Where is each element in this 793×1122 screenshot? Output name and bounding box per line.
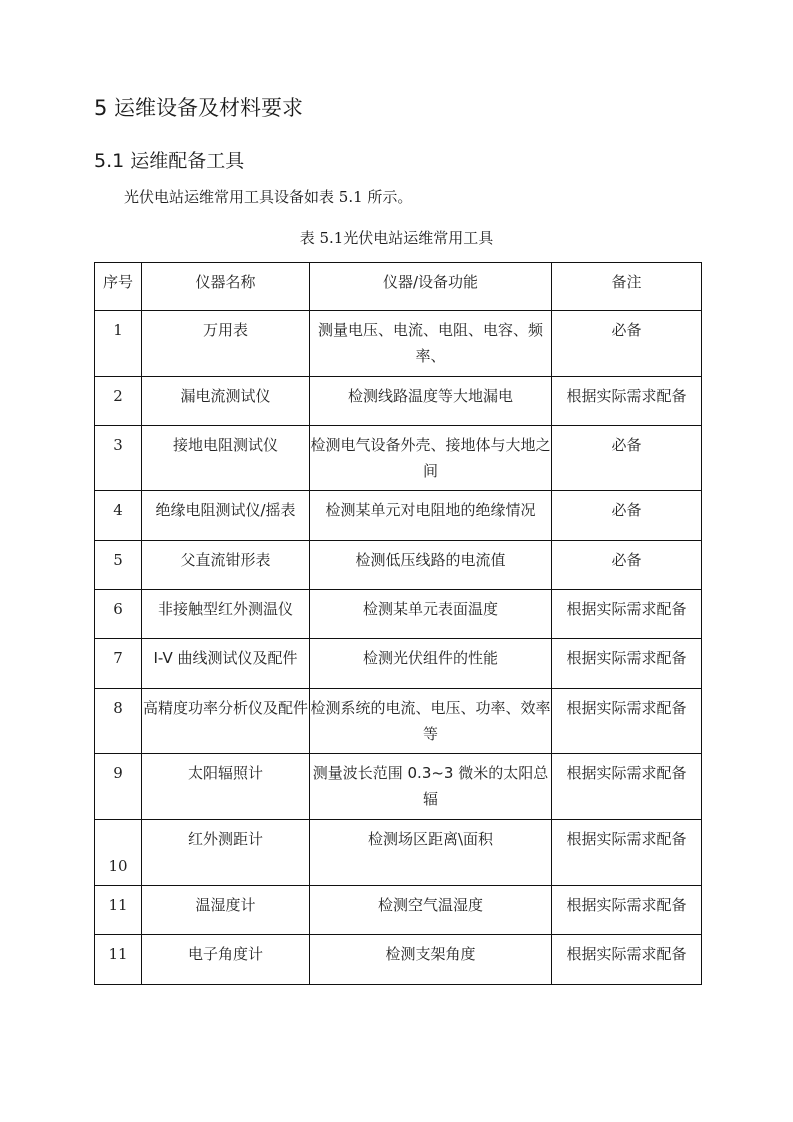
row-name: 电子角度计 bbox=[142, 935, 310, 985]
row-name: 漏电流测试仪 bbox=[142, 377, 310, 426]
row-note: 根据实际需求配备 bbox=[552, 820, 702, 886]
row-name: 太阳辐照计 bbox=[142, 754, 310, 820]
row-note: 必备 bbox=[552, 311, 702, 377]
row-function: 检测低压线路的电流值 bbox=[310, 541, 552, 590]
header-note: 备注 bbox=[552, 263, 702, 311]
row-note: 必备 bbox=[552, 541, 702, 590]
row-note: 根据实际需求配备 bbox=[552, 754, 702, 820]
row-name: 父直流钳形表 bbox=[142, 541, 310, 590]
row-function: 测量波长范围 0.3~3 微米的太阳总辐 bbox=[310, 754, 552, 820]
row-note: 根据实际需求配备 bbox=[552, 689, 702, 754]
table-row: 9 太阳辐照计 测量波长范围 0.3~3 微米的太阳总辐 根据实际需求配备 bbox=[95, 754, 702, 820]
row-name: 绝缘电阻测试仪/摇表 bbox=[142, 491, 310, 541]
table-row: 11 温湿度计 检测空气温湿度 根据实际需求配备 bbox=[95, 886, 702, 935]
row-function: 检测线路温度等大地漏电 bbox=[310, 377, 552, 426]
header-no: 序号 bbox=[95, 263, 142, 311]
row-name: 非接触型红外测温仪 bbox=[142, 590, 310, 639]
table-header-row: 序号 仪器名称 仪器/设备功能 备注 bbox=[95, 263, 702, 311]
table-row: 8 高精度功率分析仪及配件 检测系统的电流、电压、功率、效率等 根据实际需求配备 bbox=[95, 689, 702, 754]
table-caption: 表 5.1光伏电站运维常用工具 bbox=[300, 229, 494, 247]
row-no: 8 bbox=[95, 689, 142, 754]
row-no: 5 bbox=[95, 541, 142, 590]
row-note: 根据实际需求配备 bbox=[552, 639, 702, 689]
row-note: 必备 bbox=[552, 491, 702, 541]
table-row: 4 绝缘电阻测试仪/摇表 检测某单元对电阻地的绝缘情况 必备 bbox=[95, 491, 702, 541]
row-no: 9 bbox=[95, 754, 142, 820]
table-row: 10 红外测距计 检测场区距离\面积 根据实际需求配备 bbox=[95, 820, 702, 886]
row-note: 根据实际需求配备 bbox=[552, 935, 702, 985]
table-row: 2 漏电流测试仪 检测线路温度等大地漏电 根据实际需求配备 bbox=[95, 377, 702, 426]
row-no: 11 bbox=[95, 886, 142, 935]
row-function: 检测某单元表面温度 bbox=[310, 590, 552, 639]
row-no: 2 bbox=[95, 377, 142, 426]
row-no: 3 bbox=[95, 426, 142, 491]
row-name: 温湿度计 bbox=[142, 886, 310, 935]
row-no: 6 bbox=[95, 590, 142, 639]
section-heading: 5 运维设备及材料要求 bbox=[94, 94, 303, 122]
header-function: 仪器/设备功能 bbox=[310, 263, 552, 311]
row-no: 10 bbox=[95, 820, 142, 886]
tools-table: 序号 仪器名称 仪器/设备功能 备注 1 万用表 测量电压、电流、电阻、电容、频… bbox=[94, 262, 702, 985]
intro-paragraph: 光伏电站运维常用工具设备如表 5.1 所示。 bbox=[124, 186, 412, 208]
table-row: 1 万用表 测量电压、电流、电阻、电容、频率、 必备 bbox=[95, 311, 702, 377]
row-note: 根据实际需求配备 bbox=[552, 886, 702, 935]
row-note: 根据实际需求配备 bbox=[552, 590, 702, 639]
row-function: 检测电气设备外壳、接地体与大地之间 bbox=[310, 426, 552, 491]
row-function: 检测光伏组件的性能 bbox=[310, 639, 552, 689]
row-name: 红外测距计 bbox=[142, 820, 310, 886]
row-name: 万用表 bbox=[142, 311, 310, 377]
header-name: 仪器名称 bbox=[142, 263, 310, 311]
row-no: 7 bbox=[95, 639, 142, 689]
subsection-heading: 5.1 运维配备工具 bbox=[94, 148, 244, 174]
row-function: 检测某单元对电阻地的绝缘情况 bbox=[310, 491, 552, 541]
row-no: 11 bbox=[95, 935, 142, 985]
table-row: 6 非接触型红外测温仪 检测某单元表面温度 根据实际需求配备 bbox=[95, 590, 702, 639]
table-row: 11 电子角度计 检测支架角度 根据实际需求配备 bbox=[95, 935, 702, 985]
row-function: 测量电压、电流、电阻、电容、频率、 bbox=[310, 311, 552, 377]
row-note: 根据实际需求配备 bbox=[552, 377, 702, 426]
row-name: I-V 曲线测试仪及配件 bbox=[142, 639, 310, 689]
row-name: 接地电阻测试仪 bbox=[142, 426, 310, 491]
row-function: 检测系统的电流、电压、功率、效率等 bbox=[310, 689, 552, 754]
table-row: 7 I-V 曲线测试仪及配件 检测光伏组件的性能 根据实际需求配备 bbox=[95, 639, 702, 689]
row-function: 检测场区距离\面积 bbox=[310, 820, 552, 886]
row-name: 高精度功率分析仪及配件 bbox=[142, 689, 310, 754]
row-function: 检测支架角度 bbox=[310, 935, 552, 985]
row-function: 检测空气温湿度 bbox=[310, 886, 552, 935]
table-row: 5 父直流钳形表 检测低压线路的电流值 必备 bbox=[95, 541, 702, 590]
table-row: 3 接地电阻测试仪 检测电气设备外壳、接地体与大地之间 必备 bbox=[95, 426, 702, 491]
row-no: 4 bbox=[95, 491, 142, 541]
row-no: 1 bbox=[95, 311, 142, 377]
table-caption-wrap: 表 5.1光伏电站运维常用工具 bbox=[0, 227, 793, 249]
row-note: 必备 bbox=[552, 426, 702, 491]
